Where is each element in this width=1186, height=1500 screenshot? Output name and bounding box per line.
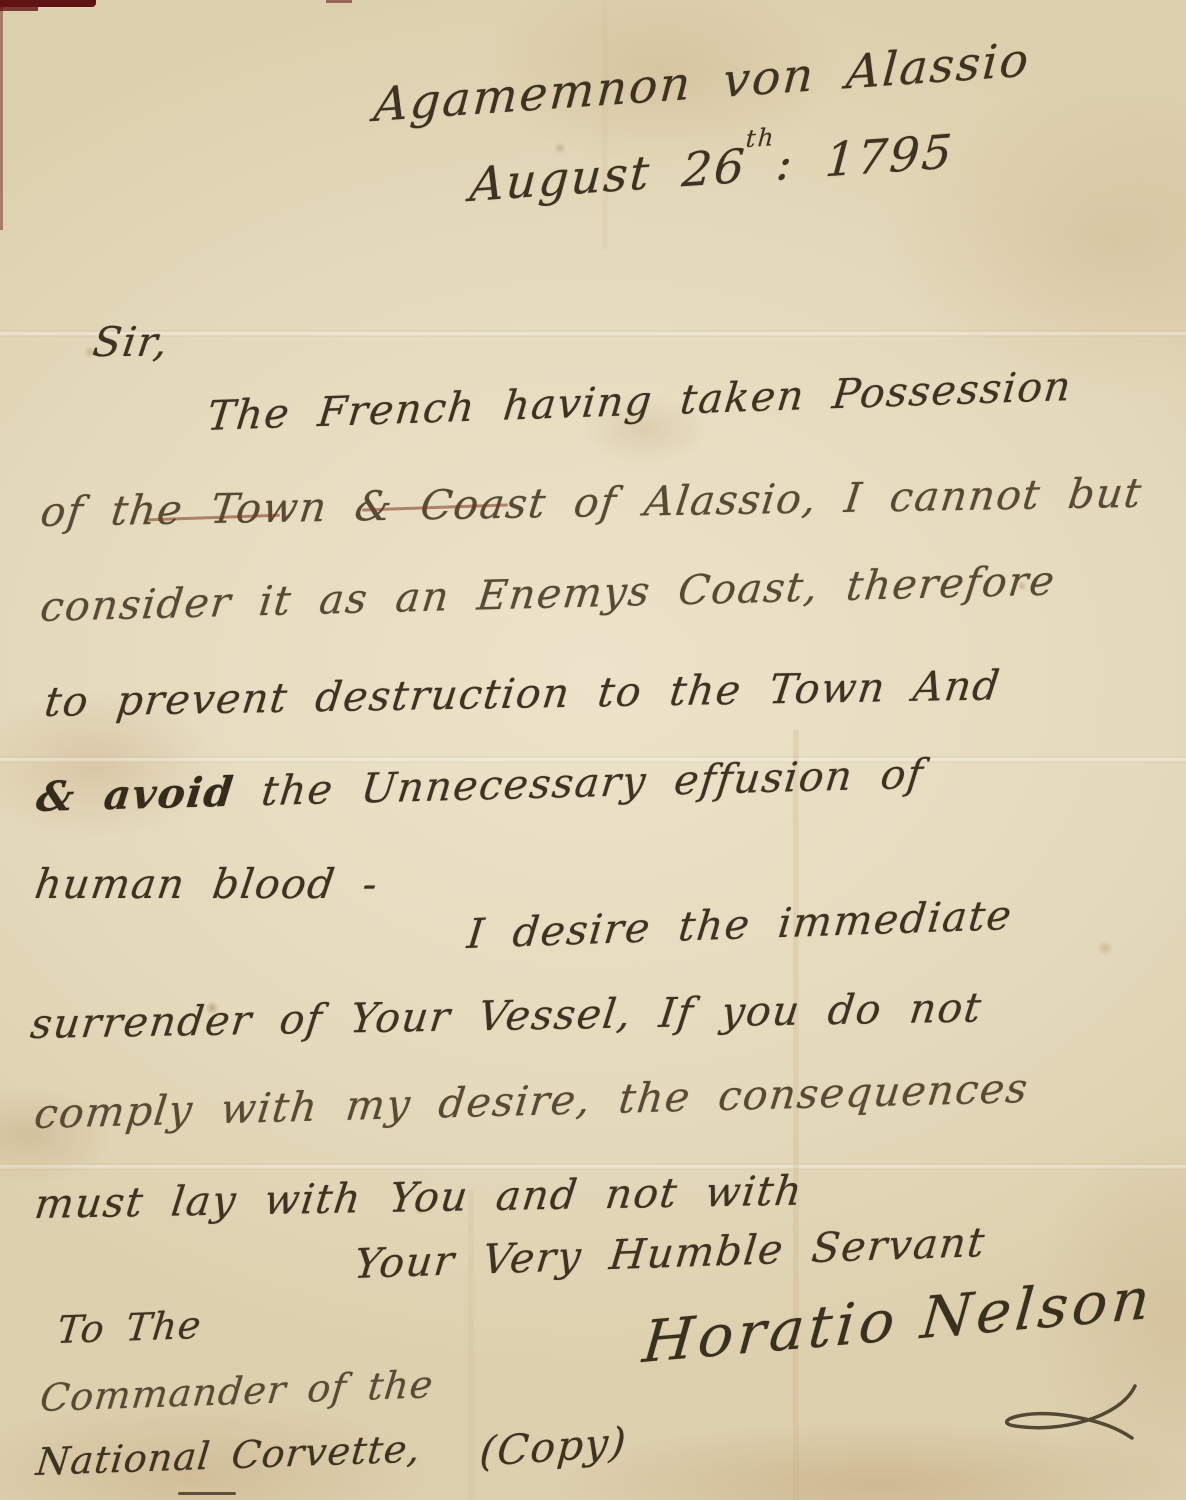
scan-edge (326, 0, 352, 3)
body-line: to prevent destruction to the Town And (42, 661, 1003, 726)
body-line: of the Town & Coast of Alassio, I cannot… (38, 469, 1145, 536)
signature: Horatio Nelson (640, 1264, 1157, 1376)
date-day: August 26 (468, 139, 748, 213)
date-year: : 1795 (774, 125, 956, 192)
body-line: The French having taken Possession (205, 362, 1074, 440)
copy-annotation: (Copy) (478, 1418, 629, 1476)
body-line: must lay with You and not with (32, 1167, 806, 1228)
closing-line: Your Very Humble Servant (352, 1218, 988, 1288)
body-line: human blood - (32, 860, 382, 908)
addressee-line: Commander of the (38, 1362, 436, 1420)
body-line: comply with my desire, the consequences (32, 1064, 1031, 1138)
date-superscript: th (745, 122, 777, 153)
addressee-line: To The (55, 1303, 204, 1352)
body-line: I desire the immediate (465, 891, 1015, 958)
overwritten-words: & avoid (34, 768, 237, 821)
scan-edge (0, 0, 3, 230)
fold-crease (0, 330, 1186, 337)
body-line: & avoid the Unnecessary effusion of (34, 750, 927, 821)
salutation: Sir, (90, 318, 172, 366)
body-line: surrender of Your Vessel, If you do not (28, 983, 985, 1048)
scan-edge (0, 7, 38, 11)
fold-crease (602, 0, 608, 250)
underline-dash (178, 1492, 236, 1495)
ship-dateline: Agamemnon von Alassio (372, 33, 1032, 133)
body-line: consider it as an Enemys Coast, therefor… (38, 557, 1058, 631)
fold-crease (0, 1163, 1186, 1170)
letter-sheet: Agamemnon von Alassio August 26th: 1795 … (0, 0, 1186, 1500)
signature-flourish (920, 1378, 1150, 1448)
date-line: August 26th: 1795 (468, 125, 956, 213)
addressee-line: National Corvette, (34, 1427, 423, 1484)
scan-edge (0, 0, 96, 7)
